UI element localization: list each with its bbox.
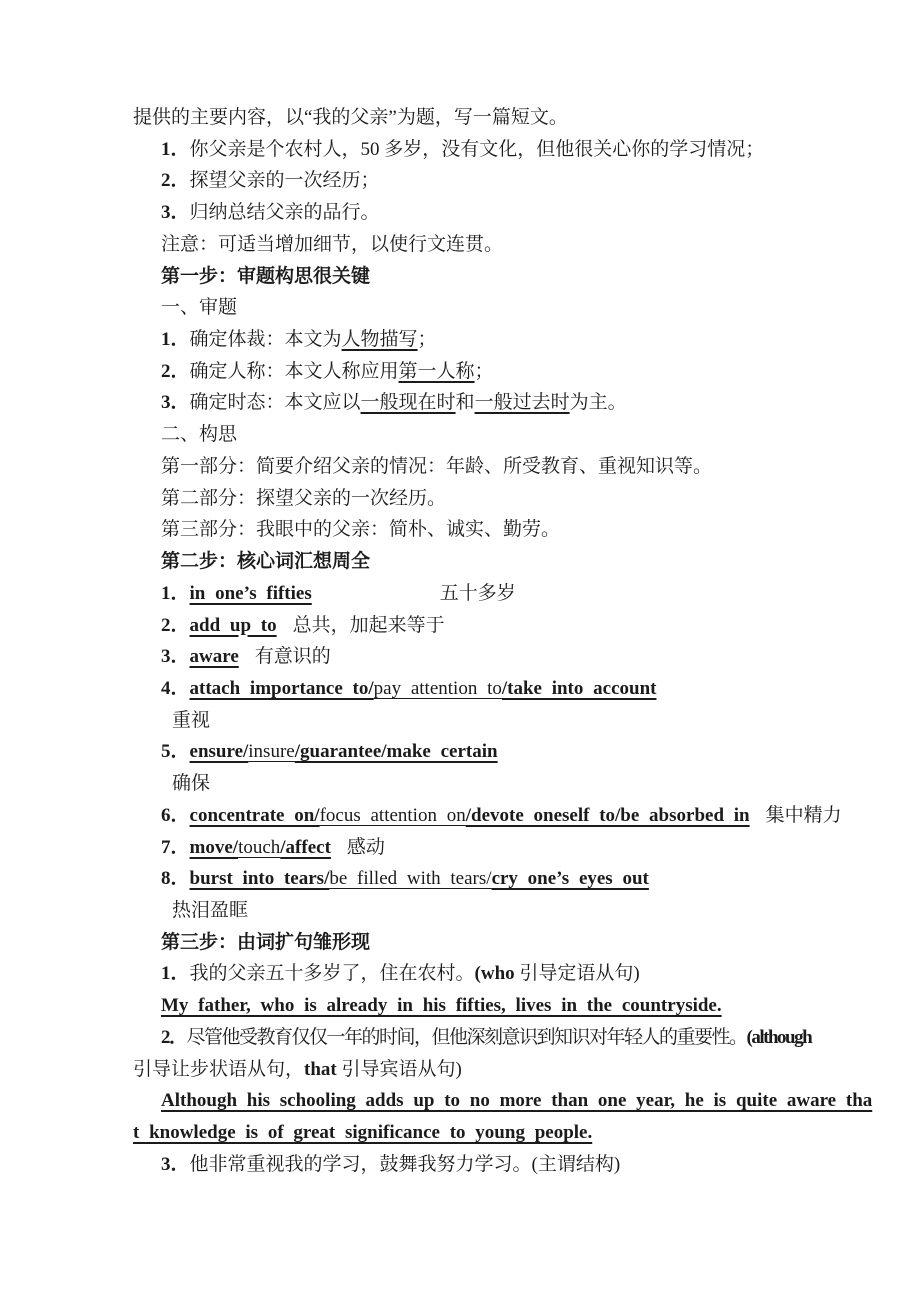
text-line: 5．ensure/insure/guarantee/make certain [161, 736, 833, 768]
text-segment: 3． [161, 1154, 190, 1175]
text-line: 1．in one’s fifties五十多岁 [161, 578, 833, 610]
text-segment: that [304, 1059, 337, 1080]
text-segment: 2． [161, 1027, 187, 1048]
text-line: 7．move/touch/affect感动 [161, 832, 833, 864]
text-line: 1．你父亲是个农村人，50 多岁，没有文化，但他很关心你的学习情况； [161, 134, 833, 166]
text-segment: insure [248, 741, 294, 762]
text-segment: 感动 [347, 837, 385, 858]
text-segment: touch [238, 837, 280, 858]
text-segment: 引导让步状语从句， [133, 1059, 304, 1080]
text-line: 第三步：由词扩句雏形现 [161, 927, 833, 959]
text-segment: My father, who is already in his fifties… [161, 995, 722, 1016]
text-segment: 一般现在时 [361, 392, 456, 413]
text-segment: 你父亲是个农村人，50 多岁，没有文化，但他很关心你的学习情况； [190, 139, 765, 160]
text-line: 注意：可适当增加细节，以使行文连贯。 [161, 229, 833, 261]
text-segment: move/ [190, 837, 239, 858]
text-segment: 一、审题 [161, 297, 237, 318]
text-line: 第二步：核心词汇想周全 [161, 546, 833, 578]
text-segment: (主谓结构) [532, 1154, 621, 1175]
tab-spacer [239, 661, 255, 662]
text-segment: 2． [161, 615, 190, 636]
text-segment: in one’s fifties [190, 583, 312, 604]
text-segment: be filled with tears/ [329, 868, 491, 889]
text-segment: attach importance to/ [190, 678, 374, 699]
document-page: 提供的主要内容，以“我的父亲”为题，写一篇短文。1．你父亲是个农村人，50 多岁… [0, 0, 920, 1302]
text-segment: 3． [161, 392, 190, 413]
text-segment: cry one’s eyes out [492, 868, 649, 889]
text-segment: add up to [190, 615, 277, 636]
text-line: Although his schooling adds up to no mor… [161, 1085, 833, 1117]
text-segment: 注意：可适当增加细节，以使行文连贯。 [161, 234, 503, 255]
text-segment: t knowledge is of great significance to … [133, 1122, 592, 1143]
text-segment: 人物描写 [342, 329, 418, 350]
text-segment: 确保 [172, 773, 210, 794]
text-segment: 尽管他受教育仅仅一年的时间，但他深刻意识到知识对年轻人的重要性。 [187, 1027, 747, 1048]
text-segment: 7． [161, 837, 190, 858]
text-segment: 8． [161, 868, 190, 889]
text-segment: 确定体裁：本文为 [190, 329, 342, 350]
tab-spacer [277, 630, 293, 631]
text-segment: 五十多岁 [440, 583, 516, 604]
text-segment: 提供的主要内容，以“我的父亲”为题，写一篇短文。 [133, 107, 568, 128]
text-line: 3．aware有意识的 [161, 641, 833, 673]
text-segment: 归纳总结父亲的品行。 [190, 202, 380, 223]
text-segment: 2． [161, 361, 190, 382]
text-segment: 3． [161, 202, 190, 223]
text-line: 二、构思 [161, 419, 833, 451]
text-line: 重视 [172, 705, 833, 737]
text-line: 8．burst into tears/be filled with tears/… [161, 863, 833, 895]
text-segment: (who [475, 963, 515, 984]
text-segment: 4． [161, 678, 190, 699]
text-line: 第三部分：我眼中的父亲：简朴、诚实、勤劳。 [161, 514, 833, 546]
text-segment: ； [418, 329, 437, 350]
text-segment: 引导宾语从句) [337, 1059, 462, 1080]
page-content: 提供的主要内容，以“我的父亲”为题，写一篇短文。1．你父亲是个农村人，50 多岁… [133, 102, 833, 1180]
tab-spacer [331, 852, 347, 853]
text-segment: 2． [161, 170, 190, 191]
text-line: 3．他非常重视我的学习，鼓舞我努力学习。(主谓结构) [161, 1149, 833, 1181]
text-segment: burst into tears/ [190, 868, 330, 889]
text-line: 6．concentrate on/focus attention on/devo… [161, 800, 833, 832]
text-line: t knowledge is of great significance to … [133, 1117, 833, 1149]
text-segment: 第三部分：我眼中的父亲：简朴、诚实、勤劳。 [161, 519, 560, 540]
text-segment: 1． [161, 139, 190, 160]
text-segment: 1． [161, 963, 190, 984]
text-segment: /devote oneself to/be absorbed in [466, 805, 750, 826]
text-segment: 重视 [172, 710, 210, 731]
tab-spacer [750, 820, 766, 821]
text-segment: 第三步：由词扩句雏形现 [161, 932, 370, 953]
text-line: 3．确定时态：本文应以一般现在时和一般过去时为主。 [161, 387, 833, 419]
text-segment: /affect [280, 837, 331, 858]
text-segment: 第二步：核心词汇想周全 [161, 551, 370, 572]
text-segment: 引导定语从句) [515, 963, 640, 984]
text-line: 一、审题 [161, 292, 833, 324]
text-segment: Although his schooling adds up to no mor… [161, 1090, 872, 1111]
text-segment: 总共，加起来等于 [293, 615, 445, 636]
text-line: 2．探望父亲的一次经历； [161, 165, 833, 197]
text-line: 1．确定体裁：本文为人物描写； [161, 324, 833, 356]
text-segment: ensure/ [190, 741, 249, 762]
text-segment: 我的父亲五十多岁了，住在农村。 [190, 963, 475, 984]
text-segment: /guarantee/make certain [295, 741, 498, 762]
text-line: 2．确定人称：本文人称应用第一人称； [161, 356, 833, 388]
text-line: 2．尽管他受教育仅仅一年的时间，但他深刻意识到知识对年轻人的重要性。(altho… [161, 1022, 833, 1054]
text-segment: 有意识的 [255, 646, 331, 667]
text-line: 热泪盈眶 [172, 895, 833, 927]
text-segment: 一般过去时 [475, 392, 570, 413]
text-line: 1．我的父亲五十多岁了，住在农村。(who 引导定语从句) [161, 958, 833, 990]
text-line: 第一部分：简要介绍父亲的情况：年龄、所受教育、重视知识等。 [161, 451, 833, 483]
text-line: My father, who is already in his fifties… [161, 990, 833, 1022]
text-segment: 确定人称：本文人称应用 [190, 361, 399, 382]
text-segment: aware [190, 646, 239, 667]
text-line: 3．归纳总结父亲的品行。 [161, 197, 833, 229]
text-line: 确保 [172, 768, 833, 800]
text-segment: ； [475, 361, 494, 382]
text-line: 2．add up to总共，加起来等于 [161, 610, 833, 642]
text-segment: 1． [161, 329, 190, 350]
text-segment: 确定时态：本文应以 [190, 392, 361, 413]
text-segment: 5． [161, 741, 190, 762]
tab-spacer [312, 598, 440, 599]
text-segment: 1． [161, 583, 190, 604]
text-line: 引导让步状语从句，that 引导宾语从句) [133, 1054, 833, 1086]
text-segment: 和 [456, 392, 475, 413]
text-line: 提供的主要内容，以“我的父亲”为题，写一篇短文。 [133, 102, 833, 134]
text-line: 4．attach importance to/pay attention to/… [161, 673, 833, 705]
text-segment: 为主。 [570, 392, 627, 413]
text-line: 第一步：审题构思很关键 [161, 261, 833, 293]
text-segment: 第一人称 [399, 361, 475, 382]
text-segment: 第一部分：简要介绍父亲的情况：年龄、所受教育、重视知识等。 [161, 456, 712, 477]
text-segment: concentrate on/ [190, 805, 320, 826]
text-segment: focus attention on [320, 805, 466, 826]
text-segment: 集中精力 [766, 805, 842, 826]
text-segment: 第二部分：探望父亲的一次经历。 [161, 488, 446, 509]
text-segment: 他非常重视我的学习，鼓舞我努力学习。 [190, 1154, 532, 1175]
text-segment: 第一步：审题构思很关键 [161, 266, 370, 287]
text-segment: 探望父亲的一次经历； [190, 170, 380, 191]
text-segment: /take into account [502, 678, 657, 699]
text-segment: 6． [161, 805, 190, 826]
text-segment: pay attention to [374, 678, 502, 699]
text-line: 第二部分：探望父亲的一次经历。 [161, 483, 833, 515]
text-segment: 二、构思 [161, 424, 237, 445]
text-segment: 热泪盈眶 [172, 900, 248, 921]
text-segment: 3． [161, 646, 190, 667]
text-segment: (although [747, 1027, 812, 1048]
